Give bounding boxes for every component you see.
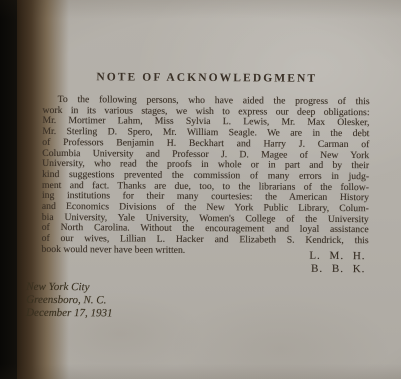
author-initials: L. M. H. B. B. K. <box>309 250 365 276</box>
acknowledgment-paragraph: To the following persons, who have aided… <box>42 95 370 258</box>
author-initials-line: L. M. H. <box>309 250 365 263</box>
dateline-city: Greensboro, N. C. <box>26 294 113 308</box>
author-initials-line: B. B. K. <box>309 263 365 276</box>
dateline-date: December 17, 1931 <box>26 307 113 321</box>
book-page-photo: NOTE OF ACKNOWLEDGMENT To the following … <box>0 0 401 379</box>
page-content: NOTE OF ACKNOWLEDGMENT To the following … <box>0 0 401 379</box>
page-title: NOTE OF ACKNOWLEDGMENT <box>43 71 371 85</box>
dateline: New York City Greensboro, N. C. December… <box>26 281 113 321</box>
dateline-city: New York City <box>26 281 113 295</box>
